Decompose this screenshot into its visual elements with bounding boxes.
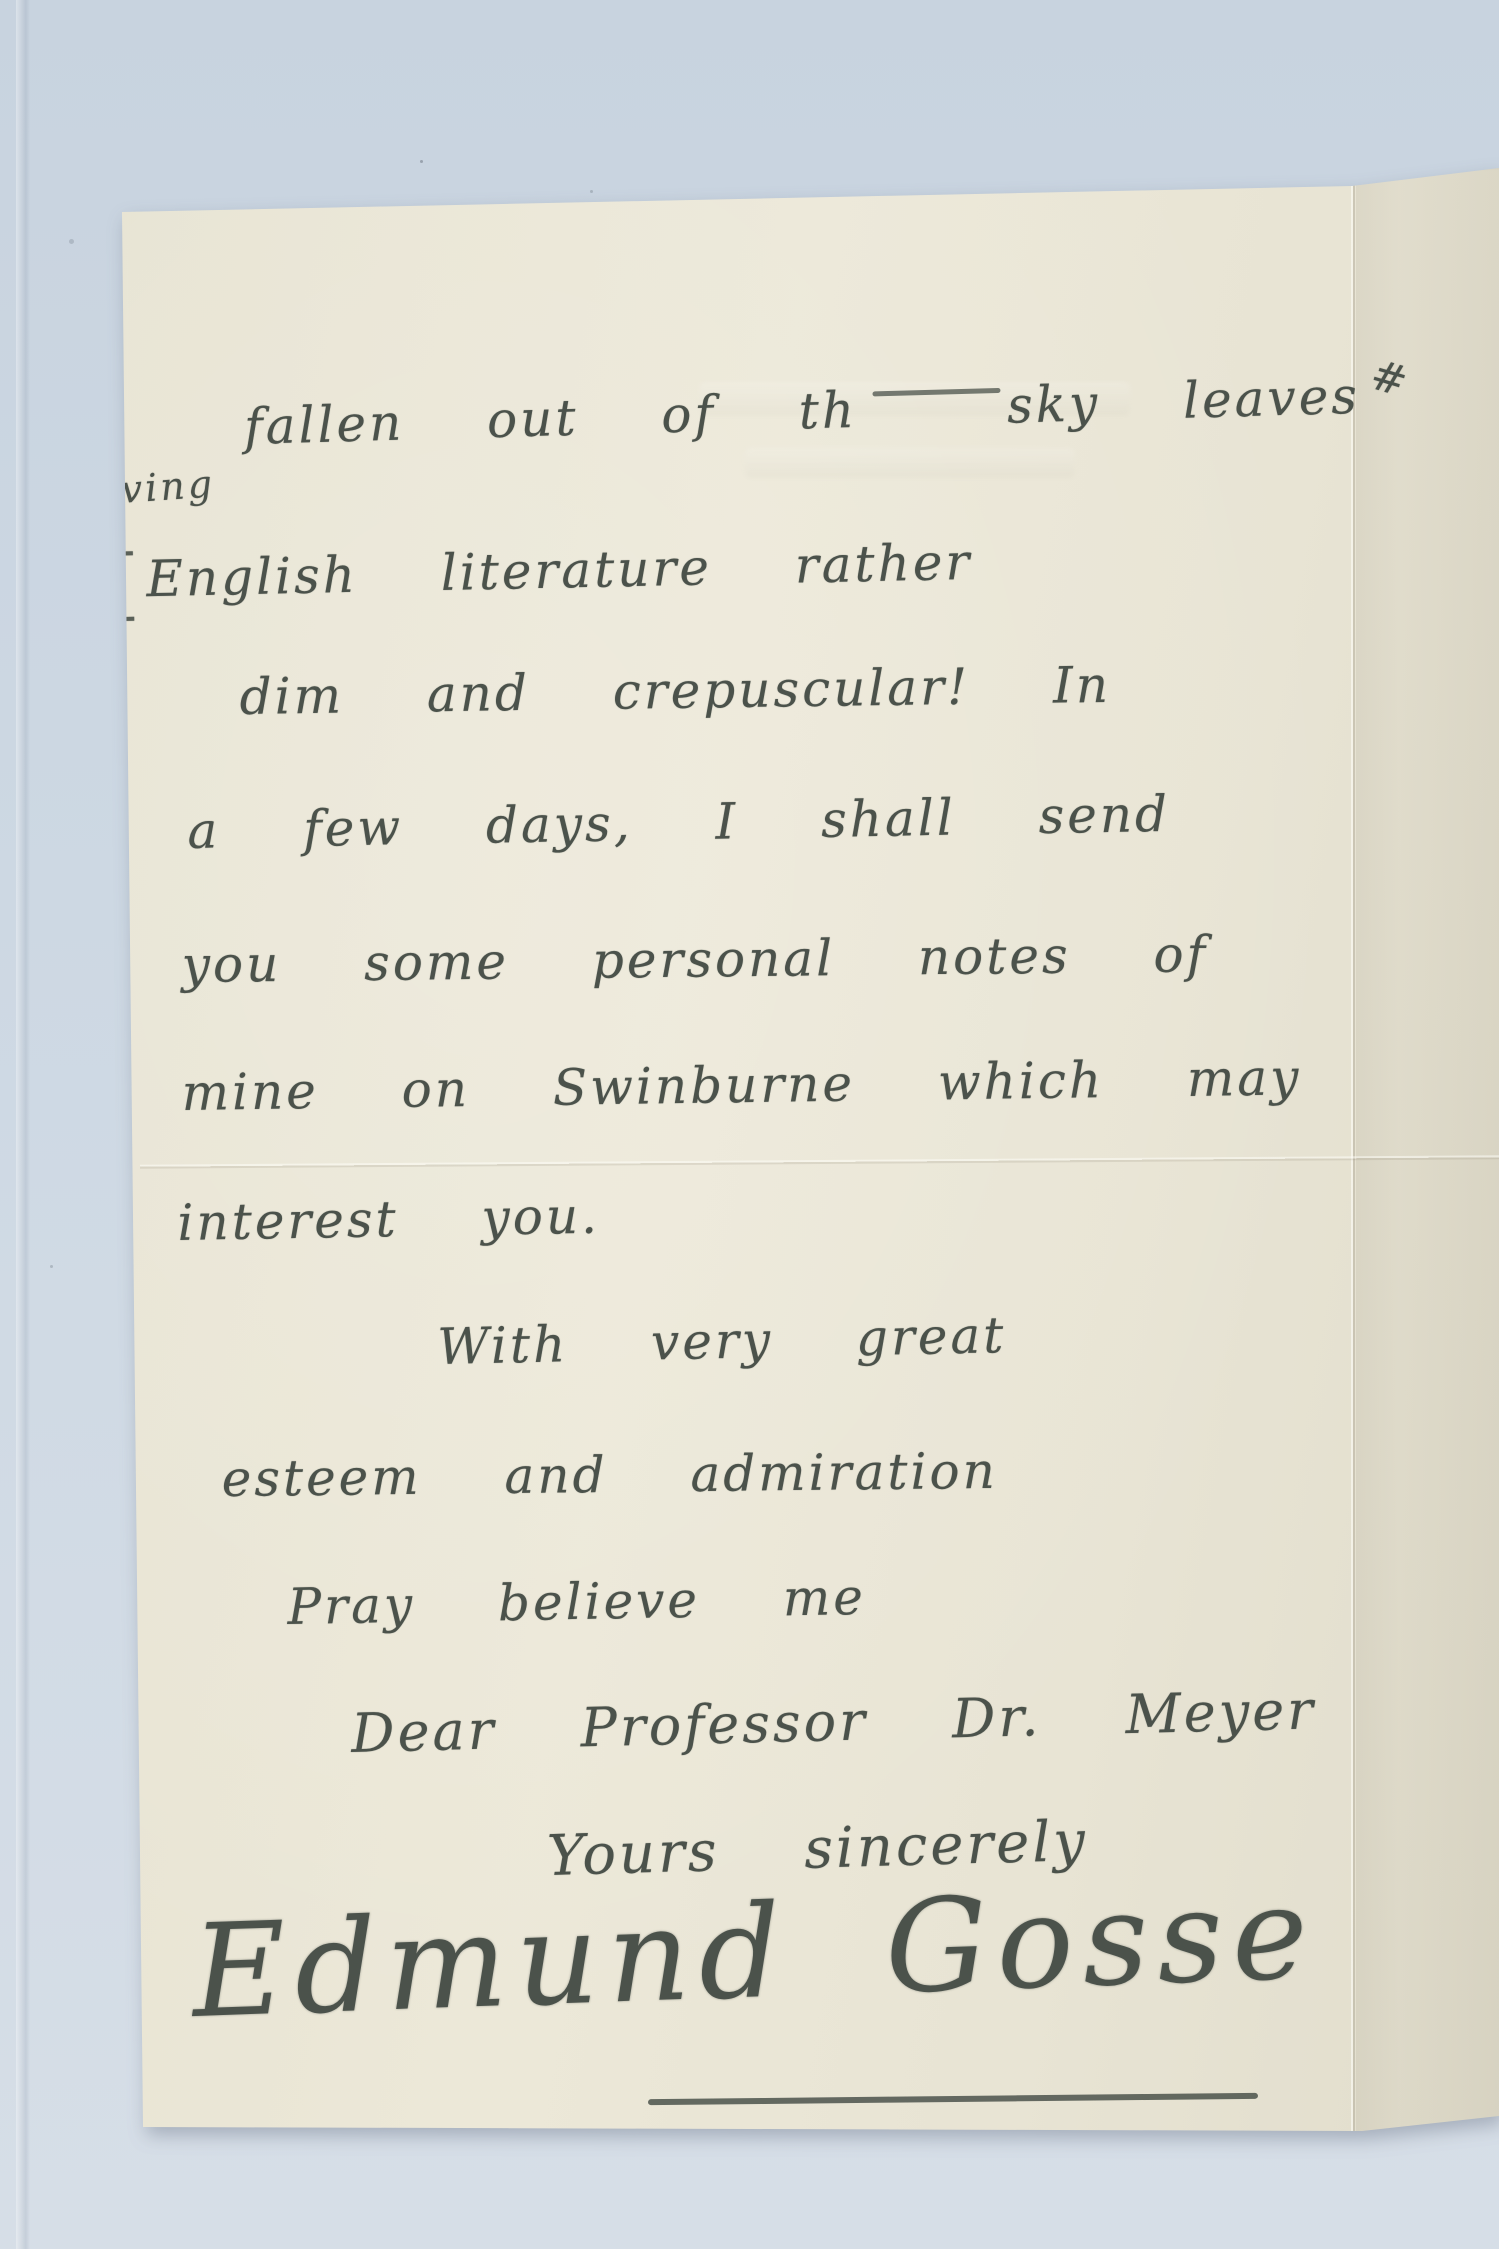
horizontal-fold-crease [140, 1155, 1499, 1168]
handwritten-line-3: dim and crepuscular! In [239, 656, 1111, 726]
insertion-bracket: [ [108, 539, 143, 630]
line1-text-b: sky leaves [1006, 367, 1360, 435]
embossed-letterhead [745, 448, 1075, 478]
handwritten-line-1: fallen out of thsky leaves# [243, 366, 1404, 456]
signature-underline [648, 2093, 1258, 2105]
handwritten-line-5: you some personal notes of [181, 925, 1208, 994]
letter-paper: fallen out of thsky leaves# living [Engl… [0, 0, 1499, 2249]
paper-shadow-wrap: fallen out of thsky leaves# living [Engl… [0, 0, 1499, 2249]
handwritten-line-7: interest you. [177, 1187, 600, 1252]
handwritten-line-8: With very great [437, 1306, 1007, 1376]
handwritten-line-10: Pray believe me [287, 1568, 866, 1636]
handwritten-line-11: Dear Professor Dr. Meyer [350, 1678, 1316, 1765]
handwritten-line-2: [English literature rather [108, 522, 973, 630]
vertical-fold-panel [1356, 0, 1499, 2249]
line2-text: English literature rather [146, 533, 973, 608]
line1-text-a: fallen out of th [243, 381, 857, 456]
paper-top-edge-shade [122, 164, 1499, 192]
vertical-fold-crease [1351, 170, 1356, 2139]
handwritten-line-6: mine on Swinburne which may [181, 1048, 1302, 1122]
handwritten-line-9: esteem and admiration [221, 1442, 998, 1508]
pen-stroke-dash [873, 388, 1001, 397]
margin-insertion-word: living [89, 461, 216, 514]
signature-edmund-gosse: Edmund Gosse [190, 1859, 1319, 2047]
photograph-of-handwritten-letter: fallen out of thsky leaves# living [Engl… [0, 0, 1499, 2249]
handwritten-line-4: a few days, I shall send [187, 785, 1171, 860]
